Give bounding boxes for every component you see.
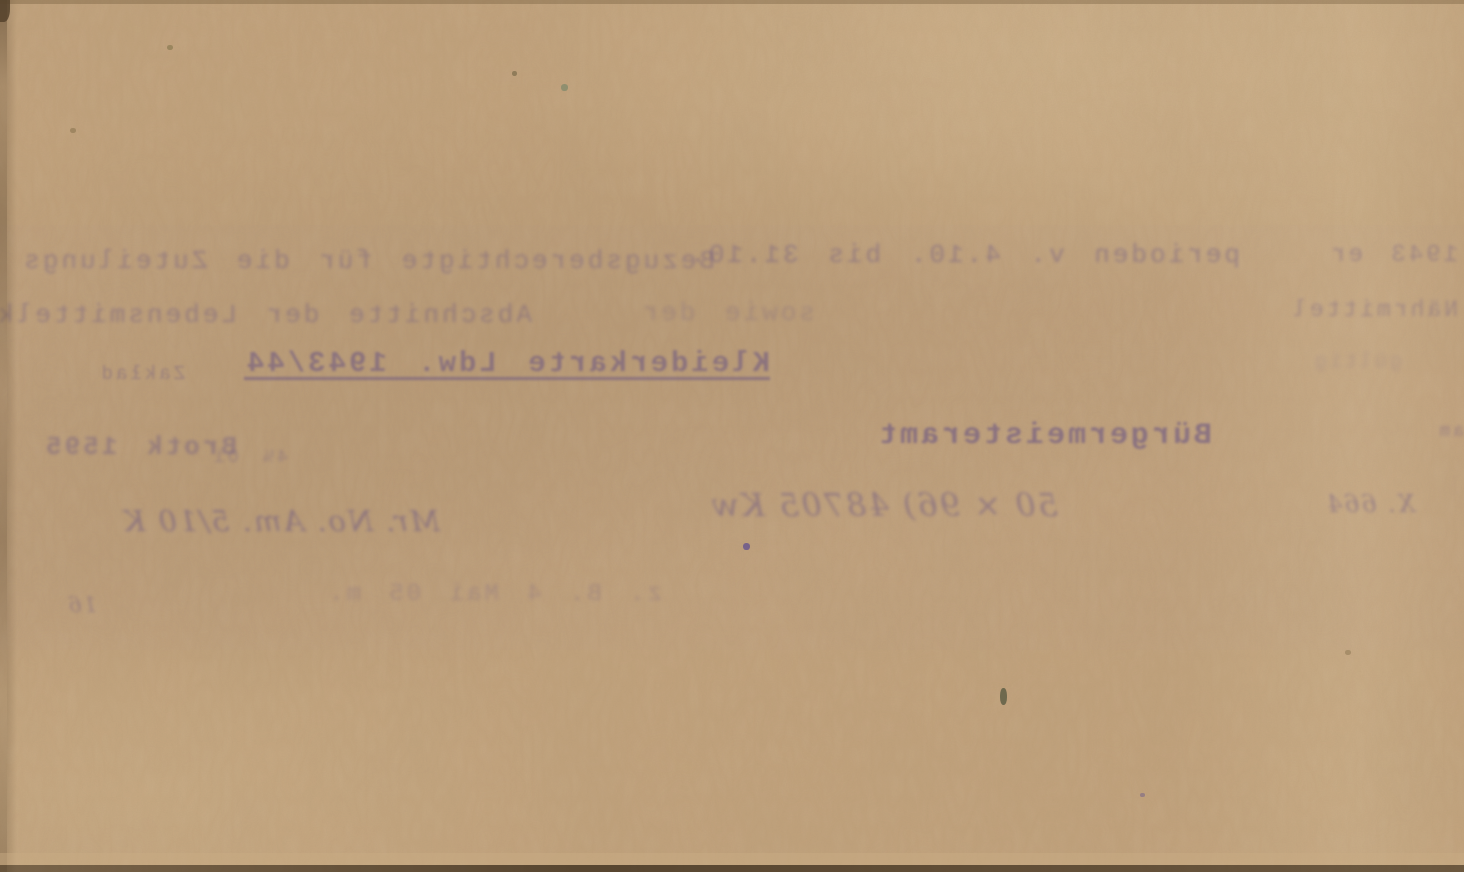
scanned-paper-page: Bezugsberechtigte für die Zuteilungsperi… [0,0,1464,872]
ink-bleedthrough-line: 1943 er [1268,243,1458,269]
paper-tone-dark [0,0,1464,872]
brown-speck-5-fleck [1345,650,1351,655]
brown-speck-4-fleck [70,128,76,133]
ink-bleedthrough-line: am [1414,423,1464,443]
purple-dot-fleck [743,543,750,550]
ink-bleedthrough-line: gültig [1282,352,1402,374]
paper-tone-right [0,0,1464,872]
ink-bleedthrough-line: Mr. No. Am. 5/10 K [95,506,440,538]
ink-bleedthrough-line: Nährmittel [1258,298,1458,323]
scan-edge-bottom-band [0,853,1464,865]
ink-bleedthrough-line: Bezugsberechtigte für die Zuteilungs [55,247,715,276]
ink-bleedthrough-line: Kleiderkarte Ldw. 1943/44 [195,348,770,380]
scan-edge-bottom [0,865,1464,872]
ink-bleedthrough-line: Abschnitte der Lebensmittelkarten [2,301,532,330]
ink-bleedthrough-line: sowie der [545,299,815,328]
scan-edge-left [0,0,7,872]
paper-tone-light [0,0,1464,872]
ink-bleedthrough-line: Zakład [55,364,185,385]
scan-corner-artifact [0,0,10,22]
teal-fiber-fleck [561,84,568,91]
ink-haze-band [0,225,1464,650]
ink-bleedthrough-line: X. 664 [1275,491,1415,517]
ink-bleedthrough-line: 16 [52,594,97,617]
paper-grain-texture [0,0,1464,872]
brown-speck-2-fleck [512,71,517,76]
brown-speck-1-fleck [167,45,173,50]
scan-edge-left-fade [7,0,17,872]
ink-bleedthrough-line: 50 × 96) 48705 Kw [458,488,1058,523]
scan-edge-top [0,0,1464,4]
ink-bleedthrough-line: 4¼ Oi [188,449,288,469]
ink-bleedthrough-line: perioden v. 4.10. bis 31.10. [790,241,1240,270]
brown-speck-3-fleck [1140,793,1145,797]
ink-bleedthrough-line: z. B. 4 Mai 05 m. [302,582,662,608]
olive-fiber-fleck [1000,688,1007,705]
ink-bleedthrough-line: Brotk 1595 [2,433,237,462]
ink-bleedthrough-line: Bürgermeisteramt [742,420,1212,453]
